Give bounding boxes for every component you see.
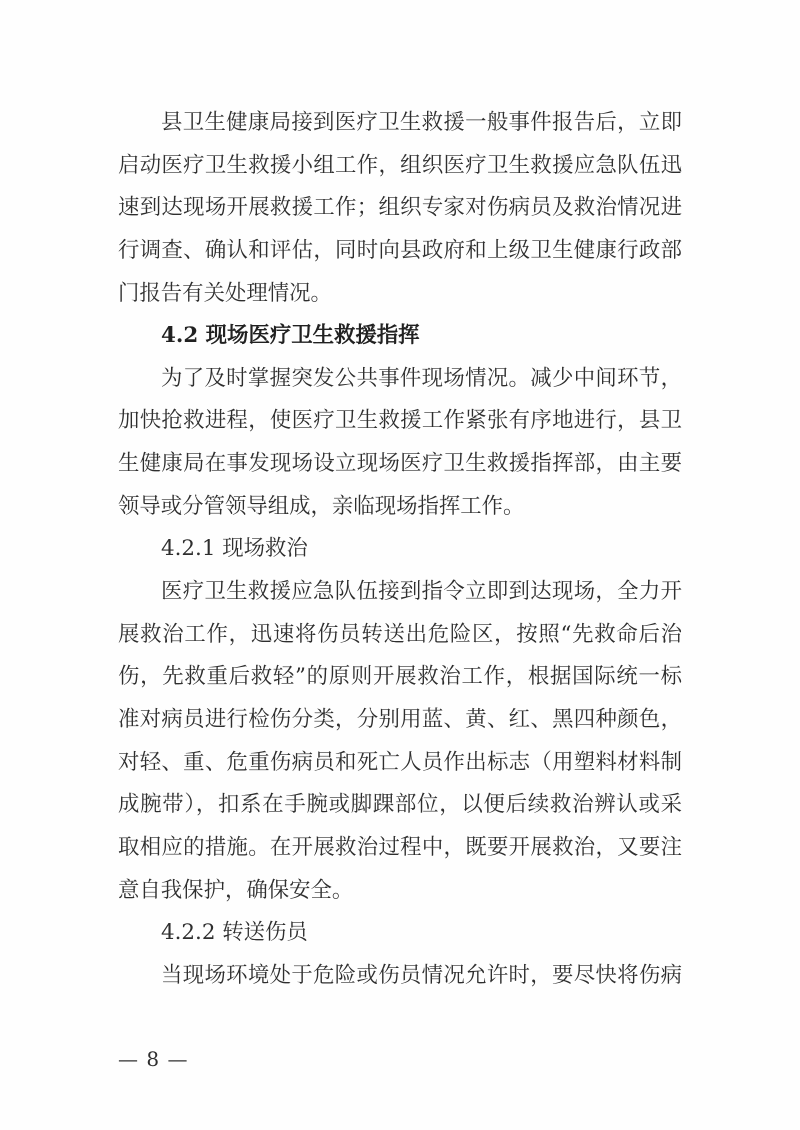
document-lines: 县卫生健康局接到医疗卫生救援一般事件报告后，立即启动医疗卫生救援小组工作，组织医… (118, 102, 682, 997)
text-line: 准对病员进行检伤分类，分别用蓝、黄、红、黑四种颜色， (118, 699, 682, 742)
text-line: 县卫生健康局接到医疗卫生救援一般事件报告后，立即 (118, 102, 682, 145)
text-line: 为了及时掌握突发公共事件现场情况。减少中间环节， (118, 358, 682, 401)
text-line: 当现场环境处于危险或伤员情况允许时，要尽快将伤病 (118, 955, 682, 998)
section-heading: 4.2 现场医疗卫生救援指挥 (118, 315, 682, 358)
text-line: 加快抢救进程，使医疗卫生救援工作紧张有序地进行，县卫 (118, 400, 682, 443)
section-heading: 4.2.2 转送伤员 (118, 912, 682, 955)
text-line: 成腕带），扣系在手腕或脚踝部位，以便后续救治辨认或采 (118, 784, 682, 827)
text-line: 领导或分管领导组成，亲临现场指挥工作。 (118, 486, 682, 529)
text-line: 门报告有关处理情况。 (118, 273, 682, 316)
text-line: 取相应的措施。在开展救治过程中，既要开展救治，又要注 (118, 827, 682, 870)
document-page: 县卫生健康局接到医疗卫生救援一般事件报告后，立即启动医疗卫生救援小组工作，组织医… (0, 0, 800, 1130)
text-line: 行调查、确认和评估，同时向县政府和上级卫生健康行政部 (118, 230, 682, 273)
text-line: 启动医疗卫生救援小组工作，组织医疗卫生救援应急队伍迅 (118, 145, 682, 188)
page-number: — 8 — (118, 1044, 188, 1074)
text-line: 生健康局在事发现场设立现场医疗卫生救援指挥部，由主要 (118, 443, 682, 486)
text-line: 对轻、重、危重伤病员和死亡人员作出标志（用塑料材料制 (118, 742, 682, 785)
text-line: 速到达现场开展救援工作；组织专家对伤病员及救治情况进 (118, 187, 682, 230)
text-line: 医疗卫生救援应急队伍接到指令立即到达现场，全力开 (118, 571, 682, 614)
text-line: 意自我保护，确保安全。 (118, 870, 682, 913)
text-line: 伤，先救重后救轻”的原则开展救治工作，根据国际统一标 (118, 656, 682, 699)
section-heading: 4.2.1 现场救治 (118, 528, 682, 571)
text-line: 展救治工作，迅速将伤员转送出危险区，按照“先救命后治 (118, 614, 682, 657)
